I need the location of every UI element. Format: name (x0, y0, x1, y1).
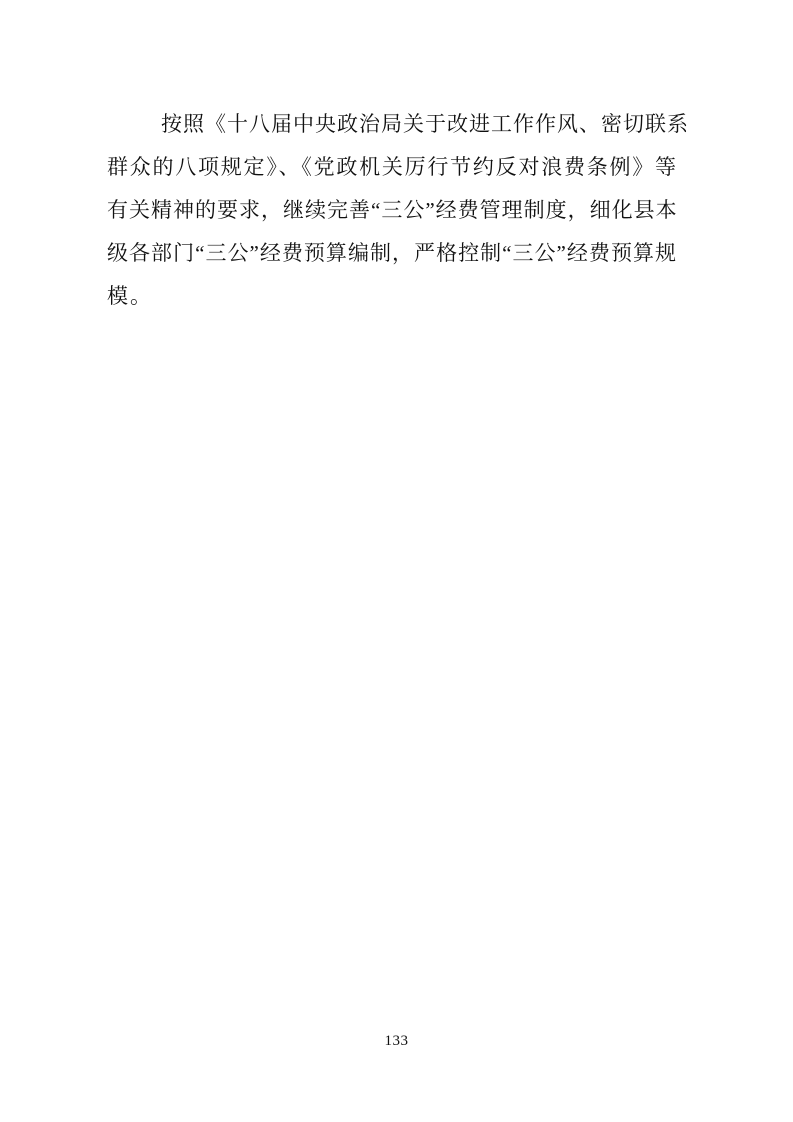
document-page: 按照《十八届中央政治局关于改进工作作风、密切联系 群众的八项规定》、《党政机关厉… (0, 0, 793, 1122)
paragraph-line: 级各部门“三公”经费预算编制，严格控制“三公”经费预算规 (107, 232, 677, 275)
paragraph-line: 按照《十八届中央政治局关于改进工作作风、密切联系 (107, 103, 677, 146)
page-footer: 133 (0, 1032, 793, 1050)
page-number: 133 (385, 1033, 409, 1049)
paragraph-line: 有关精神的要求，继续完善“三公”经费管理制度，细化县本 (107, 189, 677, 232)
paragraph-line: 群众的八项规定》、《党政机关厉行节约反对浪费条例》等 (107, 146, 677, 189)
paragraph-line: 模。 (107, 275, 677, 318)
body-paragraph: 按照《十八届中央政治局关于改进工作作风、密切联系 群众的八项规定》、《党政机关厉… (107, 103, 677, 318)
